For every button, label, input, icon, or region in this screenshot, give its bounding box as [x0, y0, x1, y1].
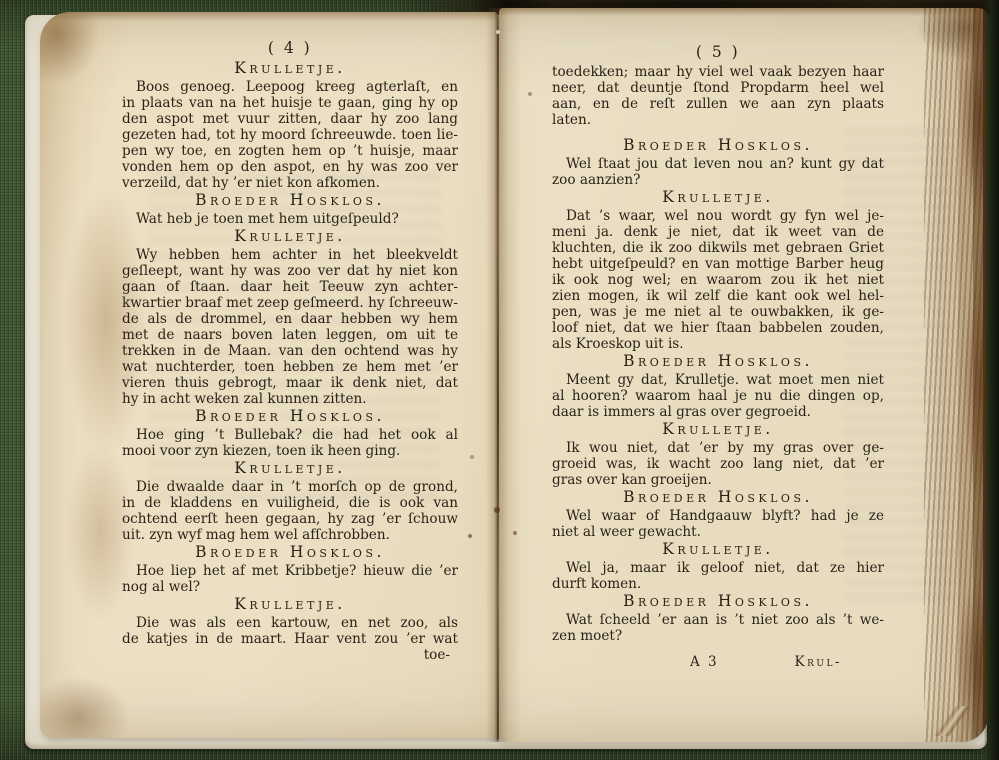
text-line: vieren thuis gebrogt, maar ik denk niet,…: [122, 375, 458, 391]
text-line: Hoe liep het af met Kribbetje? hieuw die…: [122, 563, 458, 579]
page-number-right: ( 5 ): [552, 42, 884, 63]
stitch-marks: [0, 0, 4, 4]
text-line: daar is immers al gras over gegroeid.: [552, 404, 884, 420]
right-page-text: ( 5 ) toedekken; maar hy viel wel vaak b…: [552, 42, 884, 670]
left-page-lines: Krulletje.Boos genoeg. Leepoog kreeg agt…: [122, 60, 458, 663]
text-line: groeid was, ik wacht zoo lang niet, dat …: [552, 456, 884, 472]
text-line: gaan of ſtaan. daar heit Teeuw zyn achte…: [122, 279, 458, 295]
corner-fold: [932, 706, 974, 736]
speaker-heading: Broeder Hosklos.: [552, 137, 884, 154]
text-line: toe-: [122, 647, 458, 663]
text-line: zoo aanzien?: [552, 172, 884, 188]
text-line: Hoe ging ’t Bullebak? die had het ook al: [122, 427, 458, 443]
speaker-heading: Broeder Hosklos.: [122, 192, 458, 209]
speaker-heading: Krulletje.: [122, 228, 458, 245]
text-line: in plaats van na het huisje te gaan, gin…: [122, 95, 458, 111]
text-line: vonden hem op den aspot, en hy was zoo v…: [122, 159, 458, 175]
text-line: neer, dat deuntje ſtond Propdarm heel we…: [552, 80, 884, 96]
text-line: Wat ſcheeld ’er aan is ’t niet zoo als ’…: [552, 612, 884, 628]
text-line: laten.: [552, 112, 884, 128]
text-line: ochtend eerſt heen gegaan, hy zag ’er ſc…: [122, 511, 458, 527]
signature-line: A 3 Krul-: [552, 644, 884, 670]
text-line: in de kladdens en vuiligheid, die is ook…: [122, 495, 458, 511]
text-line: aan, en de reſt zullen we aan zyn plaats: [552, 96, 884, 112]
text-line: Wel waar of Handgaauw blyft? had je ze: [552, 508, 884, 524]
text-line: met de naars boven laten leggen, om uit …: [122, 327, 458, 343]
text-line: trekken in de Maan. van den ochtend was …: [122, 343, 458, 359]
text-line: Wy hebben hem achter in het bleekveldt: [122, 247, 458, 263]
text-line: nog al wel?: [122, 579, 458, 595]
speaker-heading: Krulletje.: [122, 460, 458, 477]
speaker-heading: Krulletje.: [552, 421, 884, 438]
text-line: gezeten had, tot hy moord ſchreeuwde. to…: [122, 127, 458, 143]
left-page-text: ( 4 ) Krulletje.Boos genoeg. Leepoog kre…: [122, 38, 458, 663]
text-line: pen, was je me niet al te ouwbakken, ik …: [552, 304, 884, 320]
text-line: zen moet?: [552, 628, 884, 644]
speaker-heading: Broeder Hosklos.: [122, 544, 458, 561]
text-line: gras over kan groeijen.: [552, 472, 884, 488]
text-line: mooi voor zyn kiezen, toen ik heen ging.: [122, 443, 458, 459]
text-line: de als de drommel, en daar hebben wy hem: [122, 311, 458, 327]
text-line: durft komen.: [552, 576, 884, 592]
text-line: kwartier braaf met zeep geſmeerd. hy ſch…: [122, 295, 458, 311]
text-line: Dat ’s waar, wel nou wordt gy fyn wel je…: [552, 208, 884, 224]
text-line: geſleept, want hy was zoo ver dat hy nie…: [122, 263, 458, 279]
book-photo: ( 4 ) Krulletje.Boos genoeg. Leepoog kre…: [0, 0, 999, 760]
speaker-heading: Krulletje.: [122, 60, 458, 77]
cover-edge-right: [984, 0, 999, 760]
text-line: verzeild, dat hy ’er niet kon afkomen.: [122, 175, 458, 191]
text-line: hebt uitgeſpeuld? en van mottige Barber …: [552, 256, 884, 272]
text-line: Die dwaalde daar in ’t morſch op de gron…: [122, 479, 458, 495]
right-page-lines: toedekken; maar hy viel wel vaak bezyen …: [552, 64, 884, 644]
text-line: de katjes in de maart. Haar vent zou ’er…: [122, 631, 458, 647]
text-line: pen wy toe, en zogten hem op ’t huisje, …: [122, 143, 458, 159]
text-line: al hooren? waarom haal je nu die dingen …: [552, 388, 884, 404]
text-line: Ik wou niet, dat ’er by my gras over ge-: [552, 440, 884, 456]
text-line: ik ook nog wel; en waarom zou ik het nie…: [552, 272, 884, 288]
speaker-heading: Broeder Hosklos.: [552, 353, 884, 370]
page-number-left: ( 4 ): [122, 38, 458, 59]
speaker-heading: Krulletje.: [552, 541, 884, 558]
text-line: den aspot met vuur zitten, daar hy zoo l…: [122, 111, 458, 127]
catchword: Krul-: [795, 654, 843, 670]
speaker-heading: Broeder Hosklos.: [552, 593, 884, 610]
text-line: loof niet, dat we hier ſtaan babbelen zo…: [552, 320, 884, 336]
text-line: wat nuchterder, toen hebben ze hem met ’…: [122, 359, 458, 375]
text-line: Die was als een kartouw, en net zoo, als: [122, 615, 458, 631]
text-line: niet al weer gewacht.: [552, 524, 884, 540]
text-line: Meent gy dat, Krulletje. wat moet men ni…: [552, 372, 884, 388]
speaker-heading: Broeder Hosklos.: [552, 489, 884, 506]
speaker-heading: Krulletje.: [552, 189, 884, 206]
text-line: toedekken; maar hy viel wel vaak bezyen …: [552, 64, 884, 80]
speaker-heading: Broeder Hosklos.: [122, 408, 458, 425]
text-line: Wel ja, maar ik geloof niet, dat ze hier: [552, 560, 884, 576]
text-line: Wel ſtaat jou dat leven nou an? kunt gy …: [552, 156, 884, 172]
text-line: hy in acht weken zal kunnen zitten.: [122, 391, 458, 407]
text-line: uit. zyn wyf mag hem wel afſchrobben.: [122, 527, 458, 543]
gutter-seam: [497, 10, 499, 740]
text-line: zien mogen, ik wil zelf die kant ook wel…: [552, 288, 884, 304]
text-line: meni ja. denk je niet, dat ik weet van d…: [552, 224, 884, 240]
signature-mark: A 3: [690, 654, 719, 670]
speaker-heading: Krulletje.: [122, 596, 458, 613]
text-line: kluchten, die ik zoo dikwils met gebraen…: [552, 240, 884, 256]
text-line: Boos genoeg. Leepoog kreeg agterlaſt, en: [122, 79, 458, 95]
text-line: Wat heb je toen met hem uitgeſpeuld?: [122, 211, 458, 227]
text-line: als Kroeskop uit is.: [552, 336, 884, 352]
